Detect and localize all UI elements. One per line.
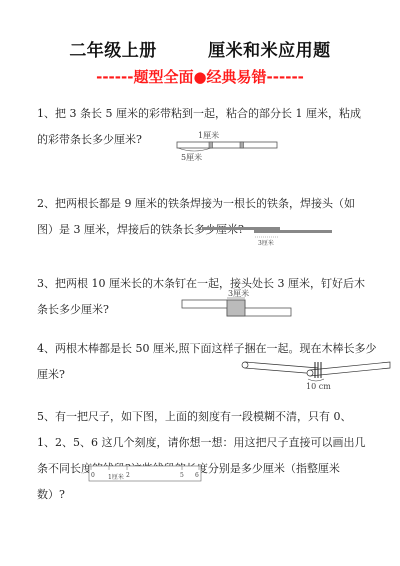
binding-length-label: 10 cm [306,382,331,391]
ruler-illustration [88,464,208,484]
page-subtitle: ------题型全面●经典易错------ [0,66,400,87]
ruler-diagram: 0 1厘米 2 5 6 [88,464,208,484]
tick-5: 5 [180,472,184,479]
tick-0: 0 [91,472,95,479]
question-3-diagram: 3厘米 [180,288,295,324]
tick-1: 1厘米 [108,472,124,481]
question-1-diagram: 1厘米 5厘米 [176,128,281,164]
weld-length-label: 3厘米 [258,238,274,247]
question-5-text: 5、有一把尺子，如下图，上面的刻度有一段模糊不清，只有 0、1、2、5、6 这几… [37,404,367,508]
question-2-diagram: 3厘米 [200,224,335,248]
tick-6: 6 [195,472,199,479]
overlap-label: 1厘米 [198,130,219,141]
length-label: 5厘米 [181,152,202,163]
tick-2: 2 [126,472,130,479]
question-4-diagram: 10 cm [240,358,395,394]
page-title: 二年级上册 厘米和米应用题 [0,36,400,61]
joint-length-label: 3厘米 [228,288,249,299]
